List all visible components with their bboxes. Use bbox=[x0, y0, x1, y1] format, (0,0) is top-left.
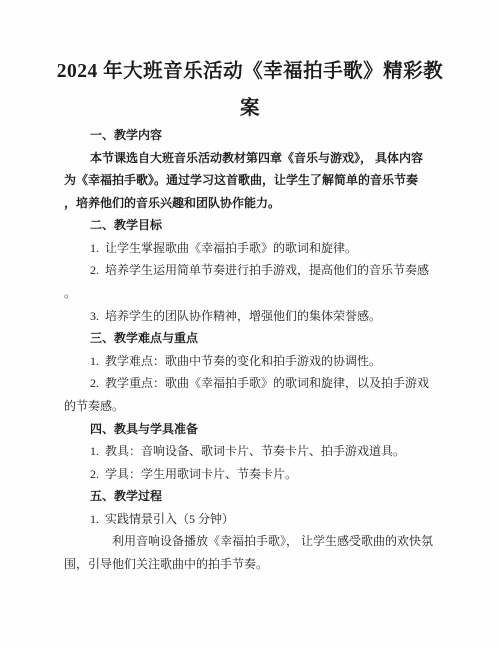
text-line-s3-3: 的节奏感。 bbox=[64, 395, 424, 418]
text-line-s4-2: 2. 学具：学生用歌词卡片、节奏卡片。 bbox=[64, 463, 424, 486]
title-line-2: 案 bbox=[0, 90, 500, 127]
text-line-s3-2: 2. 教学重点：歌曲《幸福拍手歌》的歌词和旋律，以及拍手游戏 bbox=[64, 372, 424, 395]
text-line-s5-1: 1. 实践情景引入（5 分钟） bbox=[64, 508, 424, 531]
text-line-s3-1: 1. 教学难点：歌曲中节奏的变化和拍手游戏的协调性。 bbox=[64, 350, 424, 373]
text-line-s2-2: 2. 培养学生运用简单节奏进行拍手游戏，提高他们的音乐节奏感 bbox=[64, 259, 424, 282]
text-line-s2-3: 。 bbox=[64, 282, 424, 305]
document-title: 2024 年大班音乐活动《幸福拍手歌》精彩教 案 bbox=[0, 53, 500, 127]
text-line-s5-2: 利用音响设备播放《幸福拍手歌》， 让学生感受歌曲的欢快氛 bbox=[64, 530, 424, 553]
heading-teaching-aids: 四、教具与学具准备 bbox=[64, 418, 424, 441]
text-line-s2-4: 3. 培养学生的团队协作精神，增强他们的集体荣誉感。 bbox=[64, 305, 424, 328]
text-line-s1-2: 为《幸福拍手歌》。通过学习这首歌曲，让学生了解简单的音乐节奏 bbox=[64, 169, 424, 192]
document-body: 一、教学内容 本节课选自大班音乐活动教材第四章《音乐与游戏》， 具体内容 为《幸… bbox=[64, 124, 424, 576]
text-line-s1-3: ，培养他们的音乐兴趣和团队协作能力。 bbox=[64, 192, 424, 215]
heading-teaching-goals: 二、教学目标 bbox=[64, 214, 424, 237]
text-line-s5-3: 围，引导他们关注歌曲中的拍手节奏。 bbox=[64, 553, 424, 576]
heading-teaching-process: 五、教学过程 bbox=[64, 485, 424, 508]
document-page: 2024 年大班音乐活动《幸福拍手歌》精彩教 案 一、教学内容 本节课选自大班音… bbox=[0, 0, 500, 647]
heading-teaching-content: 一、教学内容 bbox=[64, 124, 424, 147]
heading-difficulties-and-focus: 三、教学难点与重点 bbox=[64, 327, 424, 350]
title-line-1: 2024 年大班音乐活动《幸福拍手歌》精彩教 bbox=[0, 53, 500, 90]
text-line-s1-1: 本节课选自大班音乐活动教材第四章《音乐与游戏》， 具体内容 bbox=[64, 147, 424, 170]
text-line-s4-1: 1. 教具：音响设备、歌词卡片、节奏卡片、拍手游戏道具。 bbox=[64, 440, 424, 463]
text-line-s2-1: 1. 让学生掌握歌曲《幸福拍手歌》的歌词和旋律。 bbox=[64, 237, 424, 260]
